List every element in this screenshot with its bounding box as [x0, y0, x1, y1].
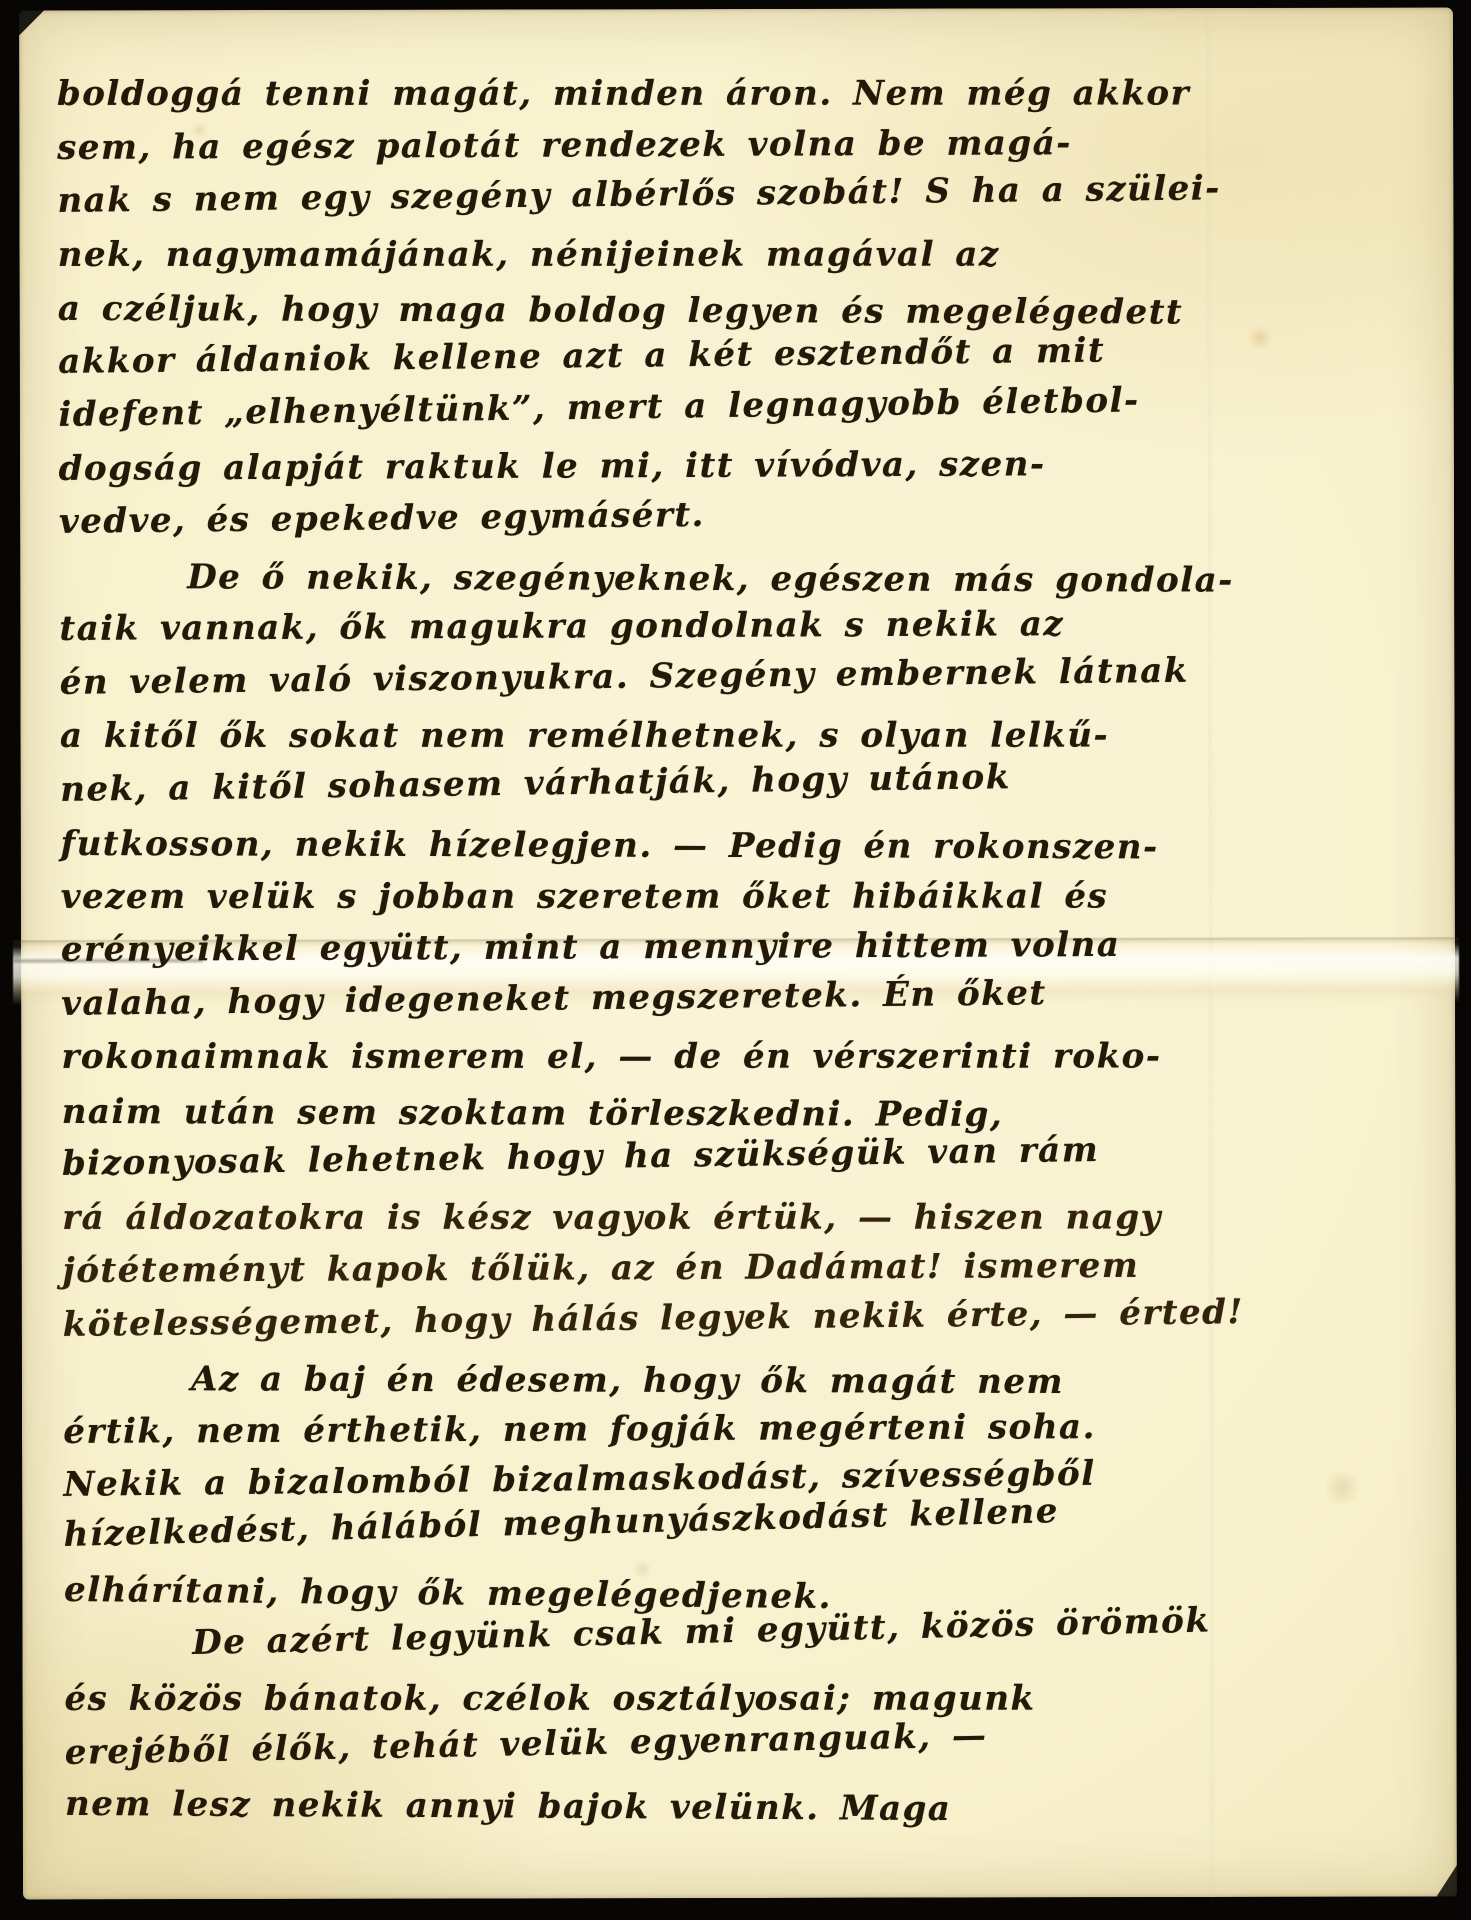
- torn-corner-top-left: [15, 5, 49, 39]
- handwriting-line: nak s nem egy szegény albérlős szobát! S…: [57, 163, 1193, 229]
- handwriting-line: De ő nekik, szegényeknek, egészen más go…: [59, 550, 1194, 607]
- scan-background: boldoggá tenni magát, minden áron. Nem m…: [0, 0, 1471, 1920]
- letter-body: boldoggá tenni magát, minden áron. Nem m…: [57, 63, 1200, 1834]
- handwriting-line: rá áldozatokra is kész vagyok értük, — h…: [62, 1191, 1197, 1245]
- handwriting-line: nek, nagymamájának, nénijeinek magával a…: [58, 228, 1193, 282]
- letter-page: boldoggá tenni magát, minden áron. Nem m…: [19, 8, 1457, 1900]
- handwriting-line: Az a baj én édesem, hogy ők magát nem: [63, 1353, 1198, 1410]
- handwriting-line: rokonaimnak ismerem el, — de én vérszeri…: [61, 1031, 1196, 1085]
- handwriting-line: futkosson, nekik hízelegjen. — Pedig én …: [60, 818, 1195, 875]
- handwriting-line: vedve, és epekedve egymásért.: [59, 484, 1195, 550]
- handwriting-line: nem lesz nekik annyi bajok velünk. Maga: [65, 1778, 1200, 1838]
- paper-corner-bottom-right: [1434, 1860, 1460, 1900]
- handwriting-line: vezem velük s jobban szeretem őket hibái…: [61, 870, 1196, 924]
- handwriting-line: boldoggá tenni magát, minden áron. Nem m…: [57, 68, 1192, 122]
